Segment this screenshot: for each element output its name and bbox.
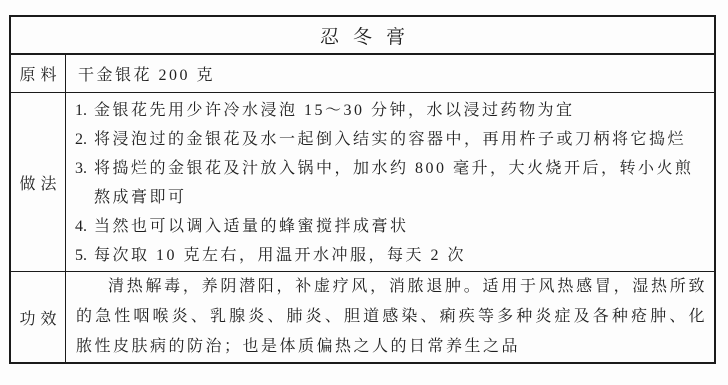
- method-step-2: 2.将浸泡过的金银花及水一起倒入结实的容器中，再用杵子或刀柄将它捣烂: [75, 125, 708, 154]
- method-steps: 1.金银花先用少许冷水浸泡 15～30 分钟，水以浸过药物为宜 2.将浸泡过的金…: [66, 93, 714, 271]
- method-step-3-continuation: 熬成膏即可: [75, 183, 708, 212]
- effects-text: 清热解毒，养阴潜阳，补虚疗风，消脓退肿。适用于风热感冒，湿热所致 的急性咽喉炎、…: [66, 272, 714, 362]
- method-label: 做法: [11, 93, 66, 271]
- effects-line-1: 清热解毒，养阴潜阳，补虚疗风，消脓退肿。适用于风热感冒，湿热所致: [76, 272, 707, 302]
- method-step-1: 1.金银花先用少许冷水浸泡 15～30 分钟，水以浸过药物为宜: [75, 96, 708, 125]
- step-number: 4.: [75, 212, 94, 241]
- step-number: 1.: [75, 96, 94, 125]
- page: 忍冬膏 原料 干金银花 200 克 做法 1.金银花先用少许冷水浸泡 15～30…: [0, 0, 728, 385]
- method-row: 做法 1.金银花先用少许冷水浸泡 15～30 分钟，水以浸过药物为宜 2.将浸泡…: [11, 93, 714, 272]
- step-text: 当然也可以调入适量的蜂蜜搅拌成膏状: [94, 218, 409, 235]
- step-text: 将浸泡过的金银花及水一起倒入结实的容器中，再用杵子或刀柄将它捣烂: [94, 131, 686, 148]
- ingredients-value: 干金银花 200 克: [66, 55, 714, 92]
- recipe-title: 忍冬膏: [11, 17, 714, 55]
- step-number: 2.: [75, 125, 94, 154]
- ingredients-row: 原料 干金银花 200 克: [11, 55, 714, 93]
- effects-line-2: 的急性咽喉炎、乳腺炎、肺炎、胆道感染、痢疾等多种炎症及各种疮肿、化: [76, 302, 707, 332]
- step-text: 熬成膏即可: [94, 189, 187, 206]
- step-text: 每次取 10 克左右，用温开水冲服，每天 2 次: [94, 247, 466, 264]
- step-number: 5.: [75, 241, 94, 270]
- step-text: 将捣烂的金银花及汁放入锅中，加水约 800 毫升，大火烧开后，转小火煎: [94, 160, 694, 177]
- effects-line-3: 脓性皮肤病的防治；也是体质偏热之人的日常养生之品: [76, 332, 707, 362]
- effects-row: 功效 清热解毒，养阴潜阳，补虚疗风，消脓退肿。适用于风热感冒，湿热所致 的急性咽…: [11, 272, 714, 362]
- method-step-4: 4.当然也可以调入适量的蜂蜜搅拌成膏状: [75, 212, 708, 241]
- ingredients-label: 原料: [11, 55, 66, 92]
- method-step-5: 5.每次取 10 克左右，用温开水冲服，每天 2 次: [75, 241, 708, 270]
- effects-label: 功效: [11, 272, 66, 362]
- step-text: 金银花先用少许冷水浸泡 15～30 分钟，水以浸过药物为宜: [94, 102, 575, 119]
- method-step-3: 3.将捣烂的金银花及汁放入锅中，加水约 800 毫升，大火烧开后，转小火煎: [75, 154, 708, 183]
- recipe-table: 忍冬膏 原料 干金银花 200 克 做法 1.金银花先用少许冷水浸泡 15～30…: [9, 15, 716, 364]
- step-number: 3.: [75, 154, 94, 183]
